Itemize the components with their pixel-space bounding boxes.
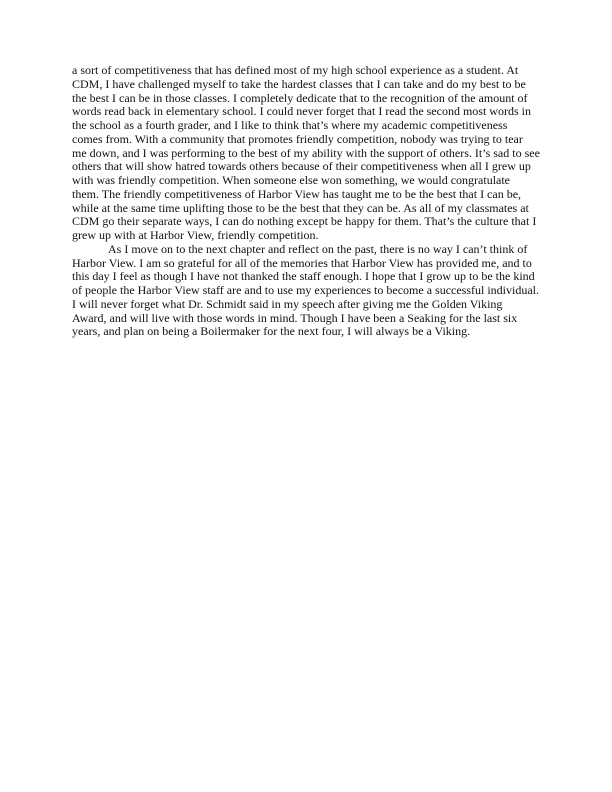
text-line: the school as a fourth grader, and I lik… bbox=[72, 119, 542, 133]
document-page: a sort of competitiveness that has defin… bbox=[0, 0, 612, 792]
body-text: a sort of competitiveness that has defin… bbox=[72, 64, 542, 339]
text-line: CDM go their separate ways, I can do not… bbox=[72, 215, 542, 229]
text-line: Award, and will live with those words in… bbox=[72, 312, 542, 326]
paragraph-start-line: As I move on to the next chapter and ref… bbox=[72, 243, 542, 257]
text-line: with was friendly competition. When some… bbox=[72, 174, 542, 188]
text-line: years, and plan on being a Boilermaker f… bbox=[72, 325, 542, 339]
text-line: Harbor View. I am so grateful for all of… bbox=[72, 257, 542, 271]
text-line: me down, and I was performing to the bes… bbox=[72, 147, 542, 161]
text-line: I will never forget what Dr. Schmidt sai… bbox=[72, 298, 542, 312]
text-line: comes from. With a community that promot… bbox=[72, 133, 542, 147]
text-line: CDM, I have challenged myself to take th… bbox=[72, 78, 542, 92]
text-line: this day I feel as though I have not tha… bbox=[72, 270, 542, 284]
text-line: others that will show hatred towards oth… bbox=[72, 160, 542, 174]
text-line: of people the Harbor View staff are and … bbox=[72, 284, 542, 298]
text-line: words read back in elementary school. I … bbox=[72, 105, 542, 119]
text-line: while at the same time uplifting those t… bbox=[72, 202, 542, 216]
text-line: grew up with at Harbor View, friendly co… bbox=[72, 229, 542, 243]
text-line: a sort of competitiveness that has defin… bbox=[72, 64, 542, 78]
text-line: them. The friendly competitiveness of Ha… bbox=[72, 188, 542, 202]
text-line: the best I can be in those classes. I co… bbox=[72, 92, 542, 106]
